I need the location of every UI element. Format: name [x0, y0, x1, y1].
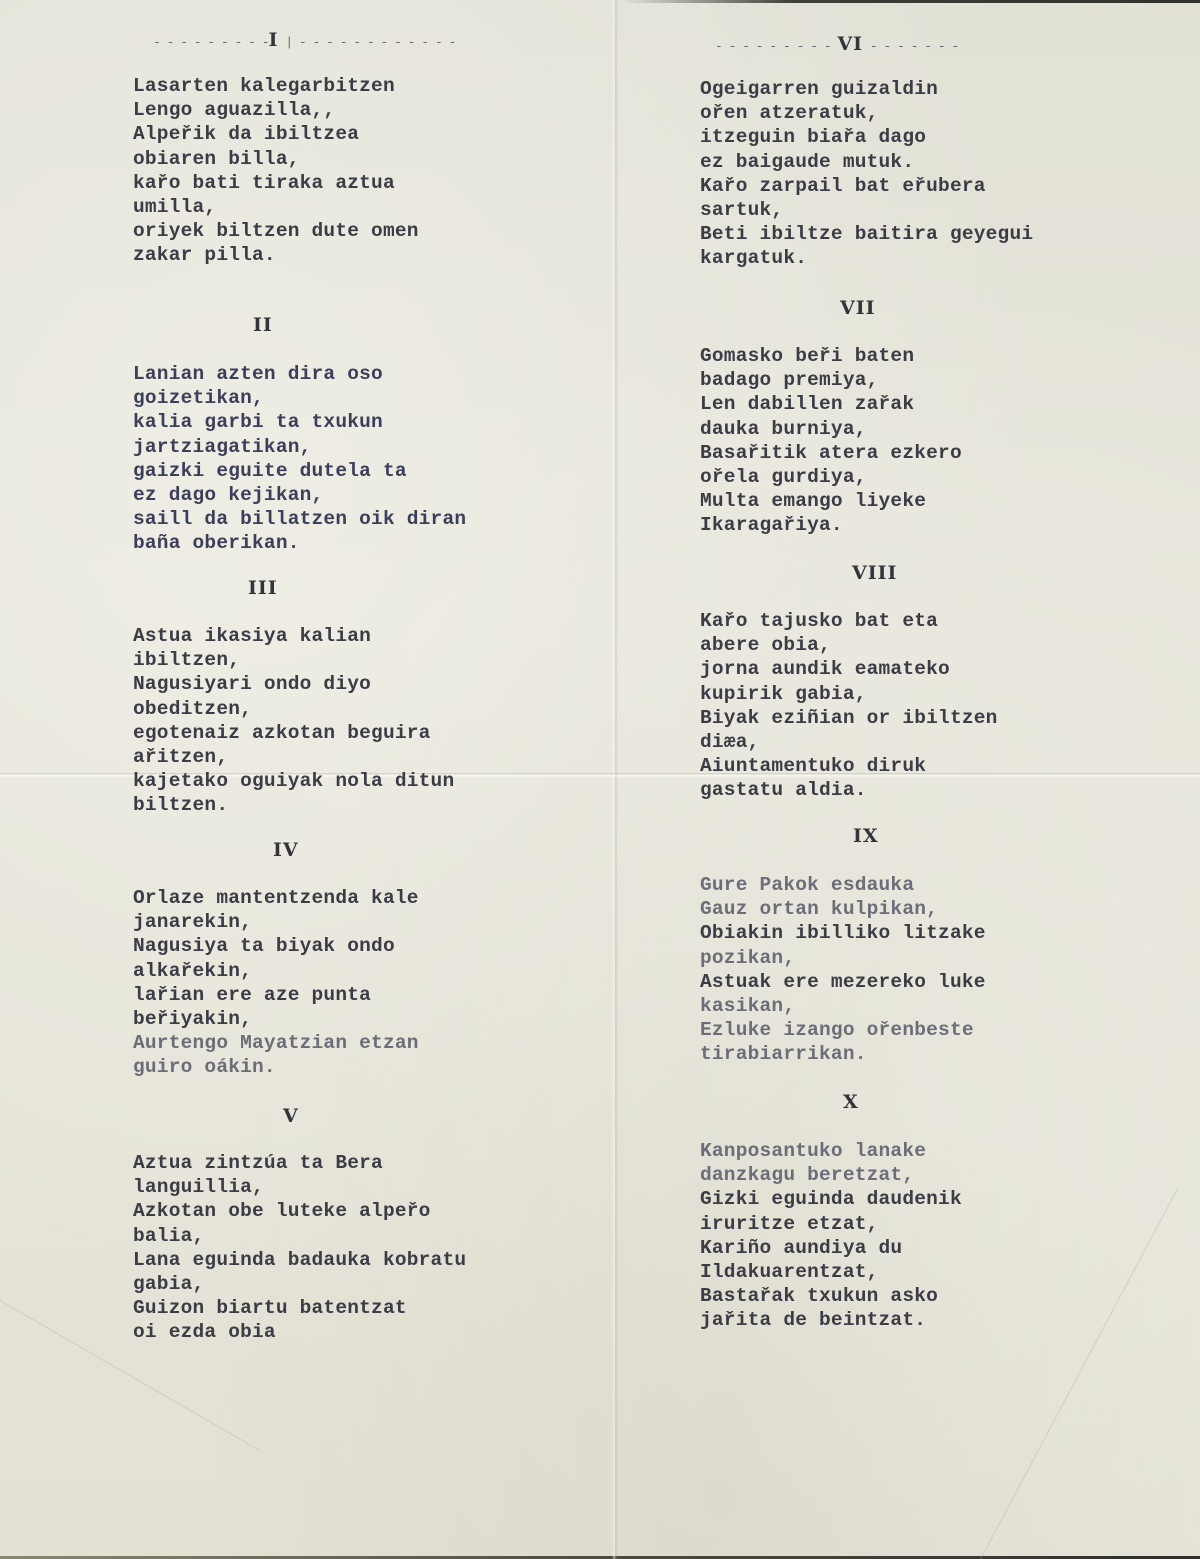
stanza-numeral: II	[133, 313, 713, 337]
scan-edge-top	[620, 0, 1200, 3]
stanza-7: Gomasko beři baten badago premiya, Len d…	[700, 344, 1160, 538]
typewritten-page: - - - - - - - - -I | - - - - - - - - - -…	[0, 0, 1200, 1559]
vertical-fold-line	[612, 0, 618, 1559]
stanza-numeral: - - - - - - - - -I | - - - - - - - - - -…	[133, 28, 593, 55]
stanza-numeral: III	[133, 576, 708, 600]
stanza-numeral: - - - - - - - - - VI - - - - - - -	[700, 32, 1160, 59]
stanza-3: Astua ikasiya kalian ibiltzen, Nagusiyar…	[133, 624, 593, 818]
stanza-numeral: VIII	[700, 561, 1200, 585]
stanza-6: Ogeigarren guizaldin ořen atzeratuk, itz…	[700, 77, 1160, 271]
stanza-8: Kařo tajusko bat eta abere obia, jorna a…	[700, 609, 1160, 803]
stanza-1: Lasarten kalegarbitzen Lengo aguazilla,,…	[133, 74, 593, 268]
stanza-numeral: V	[133, 1104, 743, 1128]
stanza-4: Orlaze mantentzenda kale janarekin, Nagu…	[133, 886, 593, 1080]
stanza-2: Lanian azten dira oso goizetikan, kalia …	[133, 362, 593, 556]
stanza-numeral: IX	[700, 824, 1200, 848]
stanza-10: Kanposantuko lanake danzkagu beretzat, G…	[700, 1139, 1160, 1333]
stanza-5: Aztua zintzúa ta Bera languillia, Azkota…	[133, 1151, 593, 1345]
stanza-9: Gure Pakok esdauka Gauz ortan kulpikan, …	[700, 873, 1160, 1067]
stanza-numeral: IV	[133, 838, 733, 862]
stanza-numeral: VII	[700, 296, 1200, 320]
stanza-numeral: X	[700, 1090, 1200, 1114]
